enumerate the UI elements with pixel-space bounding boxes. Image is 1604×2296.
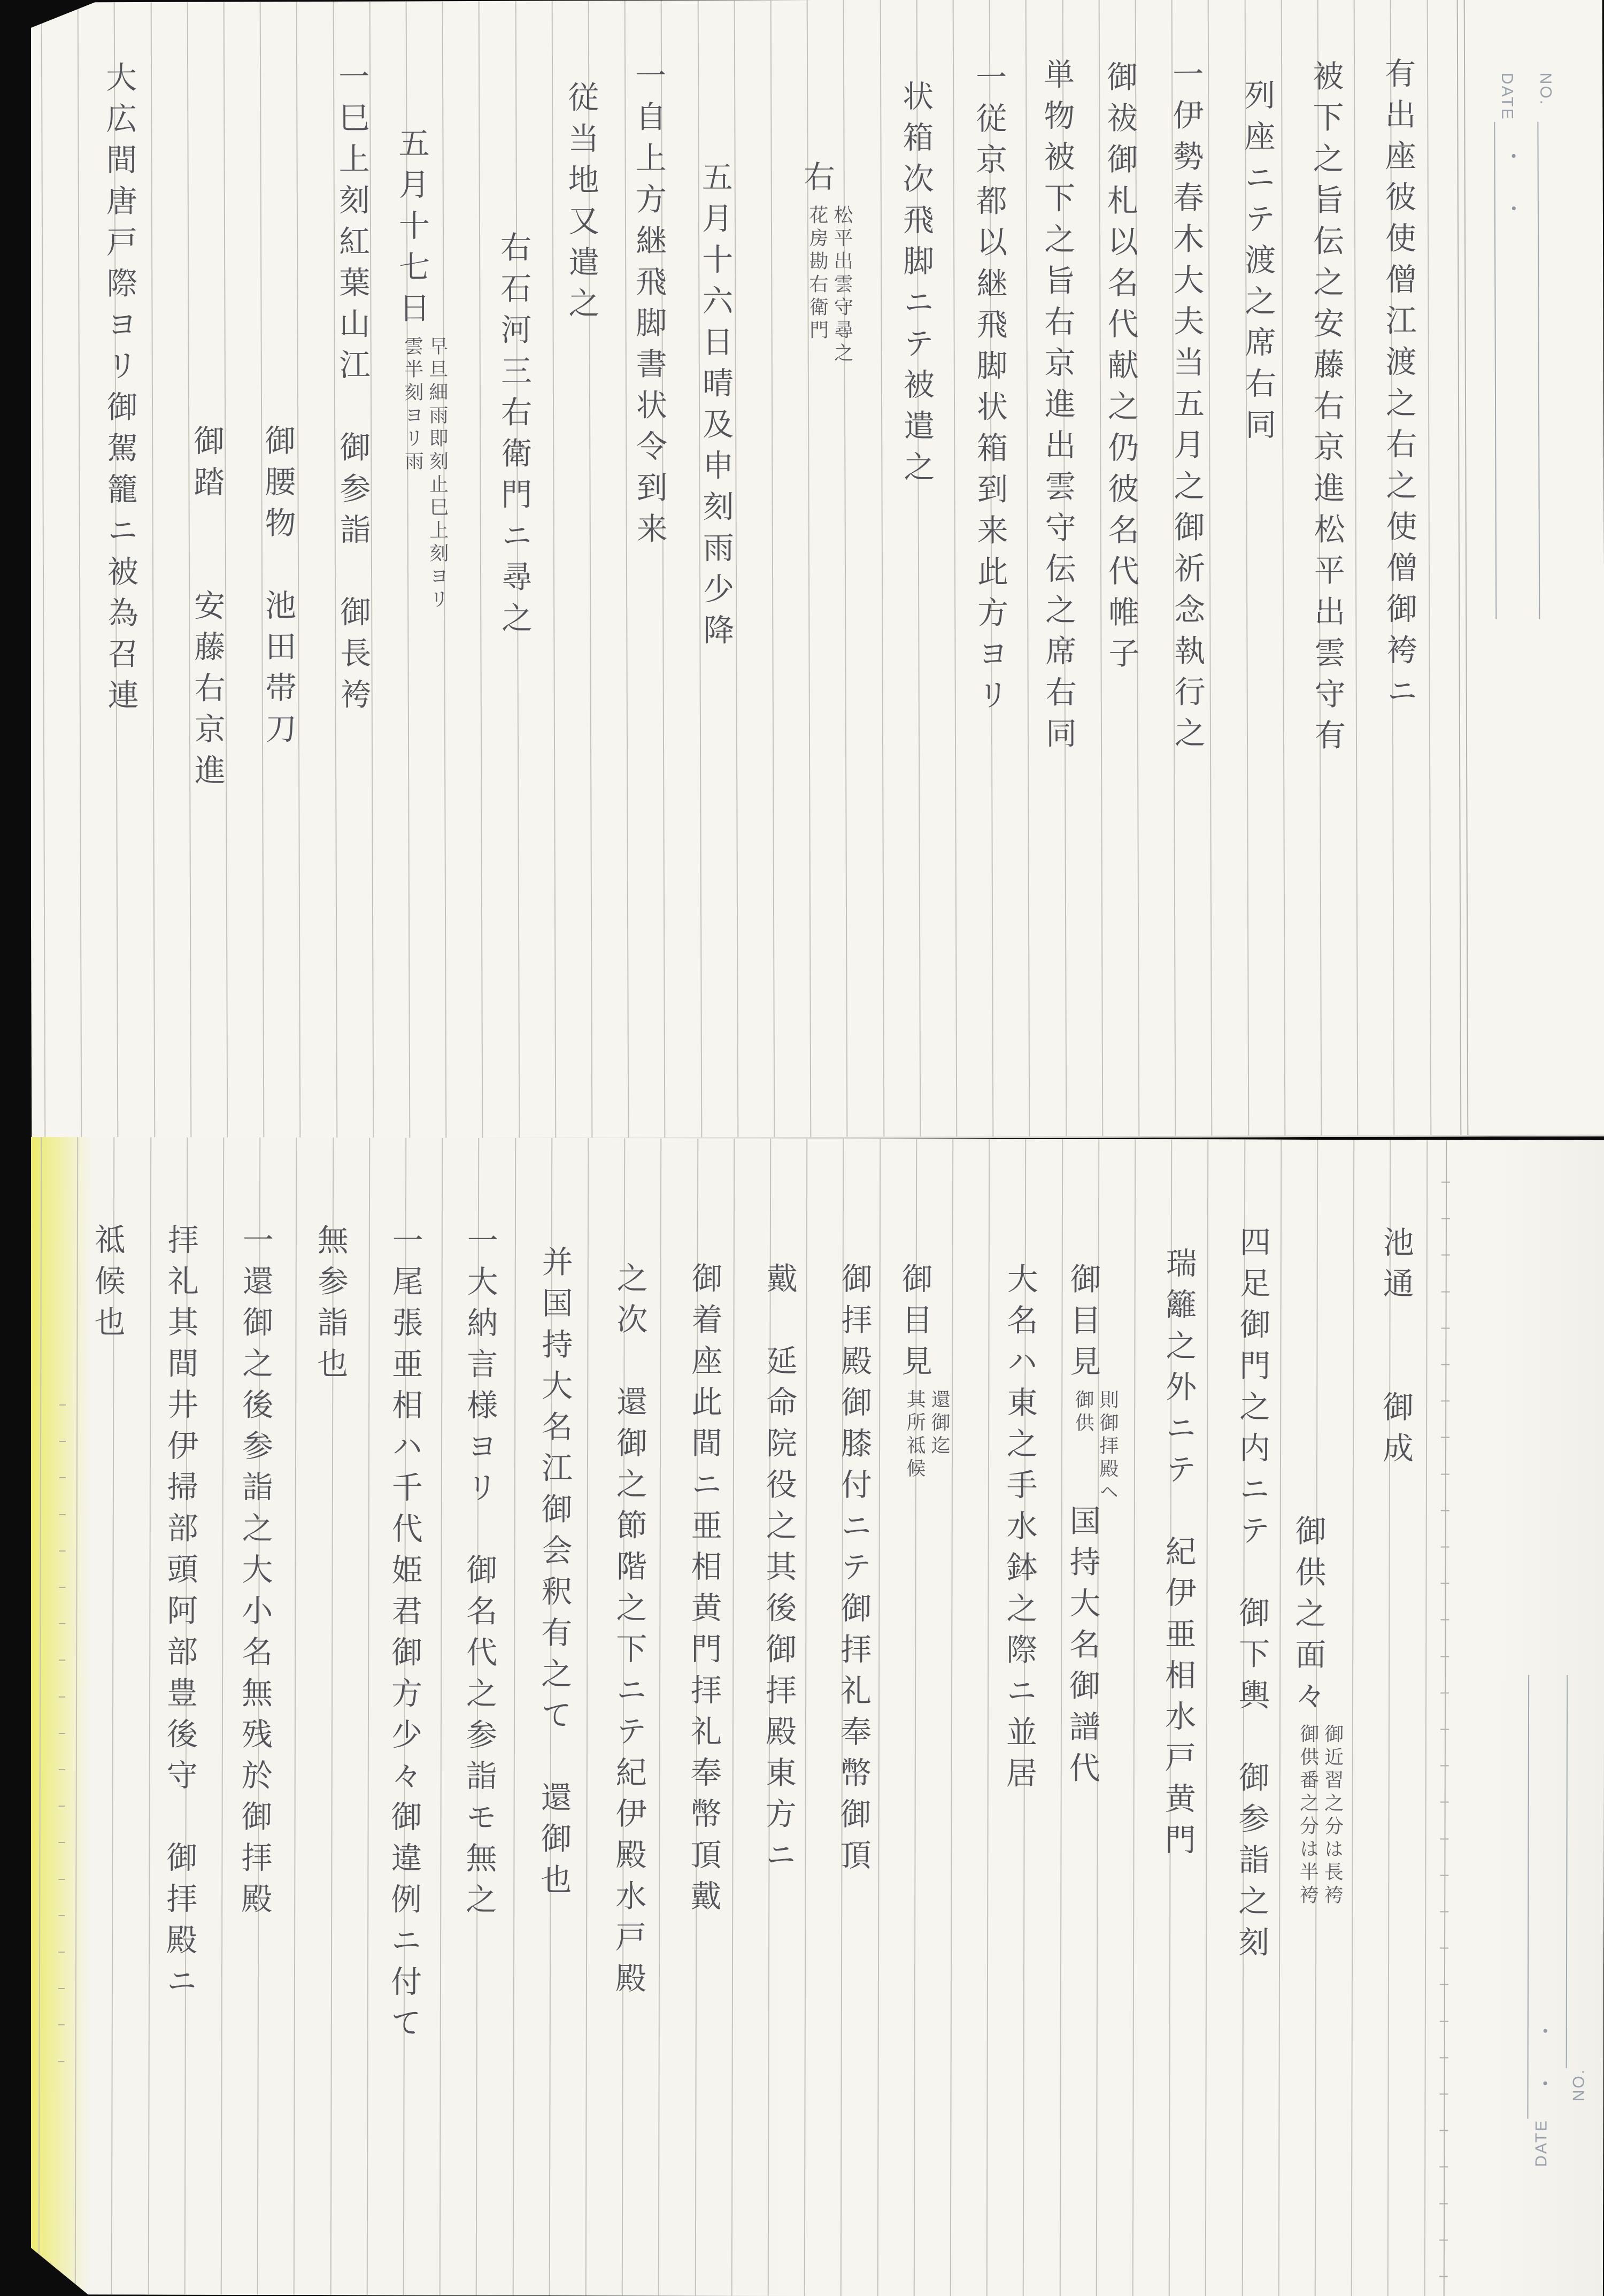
ruled-line bbox=[658, 1138, 662, 2295]
handwriting-column: 拝礼其間井伊掃部頭阿部豊後守 御拝殿ニ bbox=[159, 1223, 200, 2006]
ruled-line bbox=[953, 0, 958, 1137]
stitch-tick bbox=[59, 1696, 65, 1698]
stitch-tick bbox=[58, 1952, 65, 1953]
stitch-tick bbox=[59, 1550, 66, 1552]
handwriting-text: 右 bbox=[799, 160, 835, 202]
margin-tick bbox=[1441, 1546, 1449, 1547]
annotation-line: 其所祗候 bbox=[904, 1389, 926, 1481]
handwriting-text: 御着座此間ニ亜相黄門拝礼奉幣頂戴 bbox=[685, 1262, 723, 1921]
ruled-line bbox=[731, 1139, 735, 2296]
margin-tick bbox=[1440, 1656, 1449, 1657]
handwriting-text: 一尾張亜相ハ千代姫君御方少々御違例ニ付て bbox=[385, 1224, 423, 2047]
handwriting-text: 単物被下之旨右京進出雲守伝之席右同 bbox=[1038, 58, 1077, 758]
ruled-line bbox=[439, 1138, 443, 2295]
small-annotation: 則御拝殿ヘ御供 bbox=[1070, 1389, 1120, 1504]
handwriting-text: 一従京都以継飛脚状箱到来此方ヨリ bbox=[970, 61, 1009, 720]
scan-edge-left bbox=[0, 0, 31, 2296]
ruled-line bbox=[367, 1138, 371, 2295]
ruled-line bbox=[151, 2, 156, 1139]
margin-tick bbox=[1440, 1619, 1449, 1620]
handwriting-column: 御拝殿御膝付ニテ御拝礼奉幣御頂 bbox=[833, 1262, 874, 1880]
margin-tick bbox=[1440, 1801, 1449, 1802]
handwriting-column: 無参詣也 bbox=[310, 1224, 350, 1388]
handwriting-text: 右石河三右衛門ニ尋之 bbox=[495, 231, 533, 643]
margin-tick bbox=[1439, 2130, 1448, 2131]
handwriting-text: 有出座彼使僧江渡之右之使僧御袴ニ bbox=[1379, 57, 1418, 716]
margin-tick bbox=[1440, 2057, 1448, 2058]
ruled-line bbox=[221, 1138, 225, 2295]
ruled-line bbox=[552, 1, 557, 1138]
annotation-line: 御供番之分は半袴 bbox=[1297, 1724, 1319, 1908]
ruled-line bbox=[1205, 1140, 1209, 2296]
small-annotation: 御近習之分は長袴御供番之分は半袴 bbox=[1295, 1724, 1345, 1908]
stitch-tick bbox=[59, 1623, 65, 1624]
margin-tick bbox=[1441, 1218, 1450, 1219]
ruled-line bbox=[880, 0, 885, 1137]
margin-tick bbox=[1441, 1327, 1450, 1329]
ruled-line bbox=[75, 1137, 79, 2294]
stitch-tick bbox=[59, 1733, 65, 1734]
handwriting-column: 被下之旨伝之安藤右京進松平出雲守有 bbox=[1306, 60, 1347, 760]
handwriting-column: 一尾張亜相ハ千代姫君御方少々御違例ニ付て bbox=[384, 1224, 425, 2047]
margin-tick bbox=[1441, 1510, 1449, 1511]
margin-tick bbox=[1440, 2093, 1448, 2094]
ruled-line bbox=[513, 1138, 516, 2295]
handwriting-column: 一巳上刻紅葉山江 御参詣 御長袴 bbox=[331, 60, 373, 719]
handwriting-text: 御目見 bbox=[1065, 1263, 1101, 1386]
handwriting-text: 一大納言様ヨリ 御名代之参詣モ無之 bbox=[460, 1224, 498, 1924]
annotation-line: 則御拝殿ヘ bbox=[1097, 1389, 1119, 1504]
stitch-tick bbox=[59, 1806, 65, 1807]
ruled-line bbox=[1132, 1139, 1136, 2296]
handwriting-column: 御祓御札以名代献之仍彼名代帷子 bbox=[1100, 60, 1142, 678]
handwriting-column: 御目見還御迄其所祗候 bbox=[894, 1262, 952, 1481]
margin-tick bbox=[1441, 1254, 1450, 1255]
handwriting-column: 単物被下之旨右京進出雲守伝之席右同 bbox=[1037, 58, 1078, 758]
handwriting-text: 御腰物 池田帯刀 bbox=[259, 424, 297, 754]
annotation-line: 還御迄 bbox=[928, 1389, 950, 1458]
handwriting-text: 拝礼其間井伊掃部頭阿部豊後守 御拝殿ニ bbox=[161, 1223, 199, 2006]
handwriting-column: 瑞籬之外ニテ 紀伊亜相水戸黄門 bbox=[1158, 1247, 1198, 1864]
margin-tick bbox=[1441, 1437, 1449, 1438]
stitch-tick bbox=[58, 2024, 65, 2025]
handwriting-column: 状箱次飛脚ニテ被遣之 bbox=[896, 80, 936, 492]
stitch-tick bbox=[58, 2061, 65, 2062]
ruled-line bbox=[1281, 0, 1286, 1135]
margin-rule bbox=[1457, 0, 1462, 1135]
ruled-line bbox=[1424, 1140, 1428, 2296]
ruled-line bbox=[1278, 1140, 1282, 2296]
stitch-tick bbox=[59, 1660, 65, 1661]
handwriting-column: 右石河三右衛門ニ尋之 bbox=[493, 231, 534, 643]
handwriting-column: 一従京都以継飛脚状箱到来此方ヨリ bbox=[969, 61, 1011, 720]
scan-corner-top-left bbox=[31, 0, 101, 28]
handwriting-column: 一自上方継飛脚書状令到来 bbox=[628, 59, 669, 554]
stitch-tick bbox=[59, 1404, 66, 1406]
handwriting-text: 一伊勢春木大夫当五月之御祈念執行之 bbox=[1167, 58, 1206, 758]
margin-tick bbox=[1439, 2203, 1448, 2204]
ruled-line bbox=[1351, 1140, 1355, 2296]
margin-tick bbox=[1439, 2239, 1448, 2240]
ruled-line bbox=[479, 1, 483, 1138]
margin-tick bbox=[1440, 1692, 1449, 1693]
handwriting-text: 状箱次飛脚ニテ被遣之 bbox=[897, 80, 935, 492]
annotation-line: 早旦細雨即刻止巳上刻ヨリ bbox=[426, 336, 449, 612]
annotation-line: 花房勘右衛門 bbox=[806, 205, 829, 343]
ruled-line bbox=[1208, 0, 1213, 1136]
handwriting-column: 大名ハ東之手水鉢之際ニ並居 bbox=[999, 1263, 1040, 1798]
no-label: NO. bbox=[1536, 73, 1554, 106]
annotation-line: 御近習之分は長袴 bbox=[1321, 1724, 1344, 1908]
handwriting-column: 戴 延命院役之其後御拝殿東方ニ bbox=[758, 1262, 799, 1880]
ruled-line bbox=[1354, 0, 1359, 1135]
margin-tick bbox=[1440, 1911, 1448, 1912]
handwriting-text: 祗候也 bbox=[89, 1223, 125, 1347]
margin-tick bbox=[1440, 1838, 1449, 1839]
handwriting-column: 従当地又遣之 bbox=[561, 81, 601, 328]
margin-tick bbox=[1439, 2166, 1448, 2167]
handwriting-column: 御腰物 池田帯刀 bbox=[258, 424, 298, 754]
handwriting-column: 御目見則御拝殿ヘ御供国持大名御譜代 bbox=[1062, 1263, 1120, 1793]
date-separator-dot bbox=[1544, 2082, 1547, 2085]
stitch-tick bbox=[58, 1915, 65, 1916]
margin-tick bbox=[1441, 1291, 1450, 1292]
ruled-line bbox=[986, 1139, 990, 2296]
margin-rule bbox=[1464, 0, 1469, 1135]
date-field-line bbox=[1494, 122, 1497, 619]
handwriting-column: 一還御之後参詣之大小名無残於御拝殿 bbox=[234, 1224, 275, 1924]
ruled-line bbox=[804, 1139, 808, 2296]
annotation-line: 雲半刻ヨリ雨 bbox=[402, 336, 424, 474]
ruled-line bbox=[38, 1137, 42, 2294]
scan-corner-bottom-left bbox=[31, 2248, 90, 2296]
handwriting-column: 列座ニテ渡之席右同 bbox=[1237, 79, 1278, 449]
margin-rule-ticked bbox=[1444, 1140, 1447, 2296]
handwriting-column: 祗候也 bbox=[87, 1223, 127, 1347]
date-field-line bbox=[1527, 1675, 1529, 2119]
handwriting-text: 御目見 bbox=[896, 1262, 932, 1386]
margin-tick bbox=[1440, 1875, 1448, 1876]
handwriting-column: 一伊勢春木大夫当五月之御祈念執行之 bbox=[1166, 58, 1207, 758]
handwriting-text: 無参詣也 bbox=[312, 1224, 349, 1388]
ruled-line bbox=[148, 1137, 152, 2294]
handwriting-text: 御祓御札以名代献之仍彼名代帷子 bbox=[1101, 60, 1140, 678]
handwriting-text: 御踏 安藤右京進 bbox=[188, 424, 226, 795]
scanned-document: NO. DATE 有出座彼使僧江渡之右之使僧御袴ニ被下之旨伝之安藤右京進松平出雲… bbox=[0, 0, 1604, 2296]
margin-tick bbox=[1441, 1583, 1449, 1584]
date-label: DATE bbox=[1532, 2119, 1551, 2167]
handwriting-text: 并国持大名江御会釈有之て 還御也 bbox=[535, 1246, 573, 1905]
date-separator-dot bbox=[1512, 154, 1516, 158]
ruled-line bbox=[877, 1139, 881, 2296]
handwriting-text: 五月十六日晴及申刻雨少降 bbox=[697, 160, 735, 655]
handwriting-text: 御拝殿御膝付ニテ御拝礼奉幣御頂 bbox=[835, 1262, 872, 1880]
handwriting-text: 之次 還御之節階之下ニテ紀伊殿水戸殿 bbox=[610, 1262, 648, 2003]
ruled-line bbox=[41, 3, 46, 1140]
handwriting-column: 有出座彼使僧江渡之右之使僧御袴ニ bbox=[1378, 57, 1420, 716]
annotation-line: 松平出雲守尋之 bbox=[831, 205, 853, 366]
small-annotation: 早旦細雨即刻止巳上刻ヨリ雲半刻ヨリ雨 bbox=[400, 336, 450, 612]
handwriting-text: 一自上方継飛脚書状令到来 bbox=[630, 59, 668, 554]
handwriting-column: 御供之面々御近習之分は長袴御供番之分は半袴 bbox=[1287, 1515, 1345, 1908]
stitch-tick bbox=[59, 1769, 65, 1770]
stitch-tick bbox=[59, 1587, 66, 1588]
stitch-tick bbox=[58, 1879, 65, 1880]
handwriting-text: 池通 御成 bbox=[1377, 1226, 1414, 1473]
small-annotation: 還御迄其所祗候 bbox=[902, 1389, 951, 1481]
stitch-tick bbox=[58, 1988, 65, 1989]
handwriting-text: 国持大名御譜代 bbox=[1064, 1504, 1101, 1793]
handwriting-text: 大名ハ東之手水鉢之際ニ並居 bbox=[1001, 1263, 1038, 1798]
margin-tick bbox=[1439, 2276, 1448, 2277]
ruled-line bbox=[78, 2, 82, 1139]
handwriting-text: 戴 延命院役之其後御拝殿東方ニ bbox=[760, 1262, 797, 1880]
margin-tick bbox=[1441, 1364, 1449, 1365]
margin-tick bbox=[1441, 1181, 1450, 1182]
stitch-tick bbox=[59, 1477, 66, 1478]
ruled-line bbox=[585, 1138, 589, 2295]
handwriting-text: 御供之面々 bbox=[1290, 1515, 1327, 1721]
margin-tick bbox=[1440, 1765, 1449, 1766]
annotation-line: 御供 bbox=[1072, 1389, 1094, 1435]
no-label: NO. bbox=[1570, 2068, 1588, 2101]
handwriting-text: 瑞籬之外ニテ 紀伊亜相水戸黄門 bbox=[1159, 1247, 1197, 1864]
handwriting-text: 一還御之後参詣之大小名無残於御拝殿 bbox=[236, 1224, 274, 1924]
date-separator-dot bbox=[1544, 2029, 1547, 2033]
notebook-page-2: NO. DATE 池通 御成御供之面々御近習之分は長袴御供番之分は半袴四足御門之… bbox=[26, 1137, 1604, 2296]
ruled-line bbox=[1025, 0, 1030, 1137]
handwriting-column: 右松平出雲守尋之花房勘右衛門 bbox=[797, 160, 854, 366]
handwriting-column: 一大納言様ヨリ 御名代之参詣モ無之 bbox=[459, 1224, 500, 1924]
margin-tick bbox=[1441, 1473, 1449, 1475]
handwriting-column: 四足御門之内ニテ 御下輿 御参詣之刻 bbox=[1231, 1226, 1273, 1967]
date-label: DATE bbox=[1498, 73, 1516, 121]
margin-tick bbox=[1440, 1984, 1448, 1985]
margin-tick bbox=[1440, 1947, 1448, 1948]
handwriting-column: 并国持大名江御会釈有之て 還御也 bbox=[534, 1246, 575, 1905]
ruled-line bbox=[1427, 0, 1432, 1135]
small-annotation: 松平出雲守尋之花房勘右衛門 bbox=[805, 205, 854, 366]
margin-tick bbox=[1440, 1729, 1449, 1730]
stitch-tick bbox=[59, 1842, 65, 1843]
handwriting-column: 御踏 安藤右京進 bbox=[187, 424, 227, 795]
handwriting-text: 被下之旨伝之安藤右京進松平出雲守有 bbox=[1307, 60, 1346, 760]
ruled-line bbox=[770, 0, 775, 1137]
date-separator-dot bbox=[1512, 206, 1516, 210]
handwriting-text: 列座ニテ渡之席右同 bbox=[1239, 79, 1276, 449]
margin-tick bbox=[1440, 2021, 1448, 2022]
handwriting-column: 五月十六日晴及申刻雨少降 bbox=[695, 160, 736, 655]
handwriting-text: 大広間唐戸際ヨリ御駕籠ニ被為召連 bbox=[101, 61, 139, 720]
notebook-page-1: NO. DATE 有出座彼使僧江渡之右之使僧御袴ニ被下之旨伝之安藤右京進松平出雲… bbox=[28, 0, 1604, 1141]
handwriting-column: 御着座此間ニ亜相黄門拝礼奉幣頂戴 bbox=[683, 1262, 724, 1921]
handwriting-text: 五月十七日 bbox=[393, 127, 430, 333]
ruled-line bbox=[294, 1138, 297, 2295]
no-field-line bbox=[1566, 1675, 1568, 2068]
handwriting-column: 大広間唐戸際ヨリ御駕籠ニ被為召連 bbox=[99, 61, 141, 720]
handwriting-text: 四足御門之内ニテ 御下輿 御参詣之刻 bbox=[1233, 1226, 1271, 1967]
handwriting-column: 池通 御成 bbox=[1376, 1226, 1416, 1473]
stitch-tick bbox=[59, 1514, 66, 1515]
no-field-line bbox=[1537, 122, 1540, 619]
stitch-tick bbox=[59, 1441, 66, 1442]
handwriting-column: 之次 還御之節階之下ニテ紀伊殿水戸殿 bbox=[608, 1262, 650, 2003]
handwriting-text: 従当地又遣之 bbox=[562, 81, 599, 328]
handwriting-column: 五月十七日早旦細雨即刻止巳上刻ヨリ雲半刻ヨリ雨 bbox=[391, 127, 450, 612]
margin-tick bbox=[1441, 1400, 1449, 1401]
handwriting-text: 一巳上刻紅葉山江 御参詣 御長袴 bbox=[333, 60, 372, 719]
